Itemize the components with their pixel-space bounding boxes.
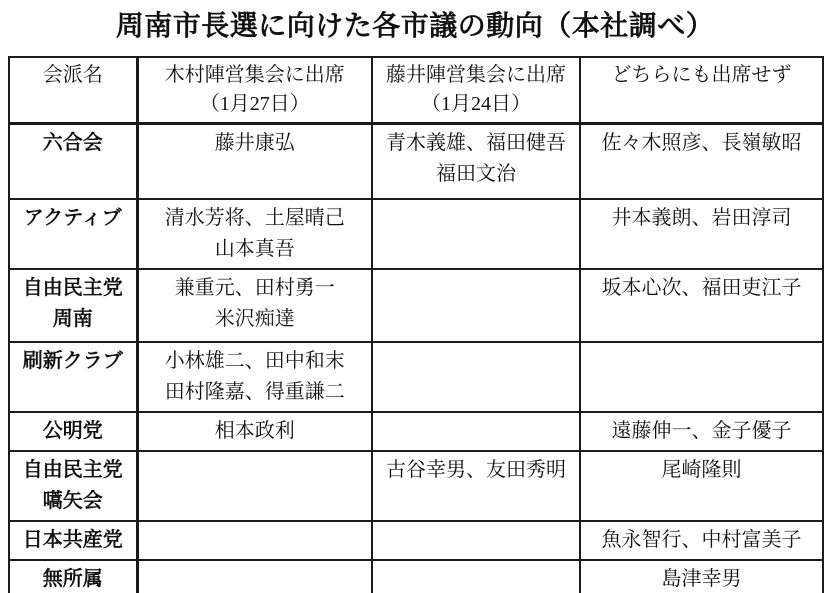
table-body: 六合会藤井康弘青木義雄、福田健吾福田文治佐々木照彦、長嶺敏昭アクティブ清水芳将、… — [9, 124, 823, 593]
page-title: 周南市長選に向けた各市議の動向（本社調べ） — [0, 4, 830, 44]
fujii-attend-cell — [372, 521, 580, 560]
council-survey-table: 会派名 木村陣営集会に出席 （1月27日） 藤井陣営集会に出席 （1月24日） … — [8, 56, 824, 593]
header-kimura-attend: 木村陣営集会に出席 （1月27日） — [137, 57, 372, 124]
header-line: 藤井陣営集会に出席 — [379, 61, 573, 90]
header-line: どちらにも出席せず — [587, 61, 816, 90]
cell-line: 自由民主党 — [16, 273, 130, 304]
table-row: 公明党相本政利遠藤伸一、金子優子 — [9, 412, 823, 451]
cell-line: 島津幸男 — [587, 564, 816, 593]
cell-line: 山本真吾 — [145, 234, 366, 265]
cell-line: 清水芳将、土屋晴己 — [145, 203, 366, 234]
neither-cell: 島津幸男 — [580, 560, 823, 593]
kimura-attend-cell — [137, 521, 372, 560]
kimura-attend-cell — [137, 560, 372, 593]
header-neither: どちらにも出席せず — [580, 57, 823, 124]
cell-line: 米沢痴達 — [145, 304, 366, 335]
header-fujii-attend: 藤井陣営集会に出席 （1月24日） — [372, 57, 580, 124]
faction-cell: 六合会 — [9, 124, 137, 199]
faction-cell: 刷新クラブ — [9, 342, 137, 412]
cell-line: 遠藤伸一、金子優子 — [587, 416, 816, 447]
header-row: 会派名 木村陣営集会に出席 （1月27日） 藤井陣営集会に出席 （1月24日） … — [9, 57, 823, 124]
kimura-attend-cell: 小林雄二、田中和末田村隆嘉、得重謙二 — [137, 342, 372, 412]
cell-line: 尾崎隆則 — [587, 455, 816, 486]
faction-cell: 自由民主党周南 — [9, 269, 137, 342]
neither-cell: 佐々木照彦、長嶺敏昭 — [580, 124, 823, 199]
fujii-attend-cell — [372, 412, 580, 451]
header-line: 木村陣営集会に出席 — [145, 61, 366, 90]
neither-cell — [580, 342, 823, 412]
page: 周南市長選に向けた各市議の動向（本社調べ） 会派名 木村陣営集会に出席 （1月2… — [0, 0, 830, 593]
cell-line: 周南 — [16, 304, 130, 335]
header-line: （1月27日） — [145, 90, 366, 119]
table-row: 日本共産党魚永智行、中村富美子 — [9, 521, 823, 560]
cell-line: 魚永智行、中村富美子 — [587, 525, 816, 556]
faction-cell: 公明党 — [9, 412, 137, 451]
neither-cell: 尾崎隆則 — [580, 451, 823, 521]
cell-line: 日本共産党 — [16, 525, 130, 556]
neither-cell: 坂本心次、福田吏江子 — [580, 269, 823, 342]
kimura-attend-cell: 藤井康弘 — [137, 124, 372, 199]
kimura-attend-cell: 清水芳将、土屋晴己山本真吾 — [137, 199, 372, 269]
cell-line: 福田文治 — [379, 159, 573, 190]
header-line: 会派名 — [16, 61, 130, 90]
header-faction: 会派名 — [9, 57, 137, 124]
cell-line: 佐々木照彦、長嶺敏昭 — [587, 128, 816, 159]
cell-line: 相本政利 — [145, 416, 366, 447]
neither-cell: 遠藤伸一、金子優子 — [580, 412, 823, 451]
cell-line: 藤井康弘 — [145, 128, 366, 159]
cell-line: 無所属 — [16, 564, 130, 593]
cell-line: 小林雄二、田中和末 — [145, 346, 366, 377]
fujii-attend-cell — [372, 269, 580, 342]
cell-line: 井本義朗、岩田淳司 — [587, 203, 816, 234]
table-row: 無所属島津幸男 — [9, 560, 823, 593]
faction-cell: 無所属 — [9, 560, 137, 593]
cell-line: 坂本心次、福田吏江子 — [587, 273, 816, 304]
kimura-attend-cell: 兼重元、田村勇一米沢痴達 — [137, 269, 372, 342]
table-row: 自由民主党周南兼重元、田村勇一米沢痴達坂本心次、福田吏江子 — [9, 269, 823, 342]
cell-line: 刷新クラブ — [16, 346, 130, 377]
cell-line: 兼重元、田村勇一 — [145, 273, 366, 304]
cell-line: 自由民主党 — [16, 455, 130, 486]
cell-line: 田村隆嘉、得重謙二 — [145, 377, 366, 408]
kimura-attend-cell: 相本政利 — [137, 412, 372, 451]
table-row: アクティブ清水芳将、土屋晴己山本真吾井本義朗、岩田淳司 — [9, 199, 823, 269]
kimura-attend-cell — [137, 451, 372, 521]
cell-line: 青木義雄、福田健吾 — [379, 128, 573, 159]
table-row: 自由民主党嚆矢会古谷幸男、友田秀明尾崎隆則 — [9, 451, 823, 521]
table-header: 会派名 木村陣営集会に出席 （1月27日） 藤井陣営集会に出席 （1月24日） … — [9, 57, 823, 124]
faction-cell: 自由民主党嚆矢会 — [9, 451, 137, 521]
neither-cell: 魚永智行、中村富美子 — [580, 521, 823, 560]
faction-cell: 日本共産党 — [9, 521, 137, 560]
cell-line: 古谷幸男、友田秀明 — [379, 455, 573, 486]
cell-line: 公明党 — [16, 416, 130, 447]
faction-cell: アクティブ — [9, 199, 137, 269]
header-line: （1月24日） — [379, 90, 573, 119]
table-row: 刷新クラブ小林雄二、田中和末田村隆嘉、得重謙二 — [9, 342, 823, 412]
cell-line: 六合会 — [16, 128, 130, 159]
neither-cell: 井本義朗、岩田淳司 — [580, 199, 823, 269]
fujii-attend-cell — [372, 199, 580, 269]
fujii-attend-cell — [372, 560, 580, 593]
fujii-attend-cell — [372, 342, 580, 412]
fujii-attend-cell: 青木義雄、福田健吾福田文治 — [372, 124, 580, 199]
cell-line: アクティブ — [16, 203, 130, 234]
fujii-attend-cell: 古谷幸男、友田秀明 — [372, 451, 580, 521]
table-row: 六合会藤井康弘青木義雄、福田健吾福田文治佐々木照彦、長嶺敏昭 — [9, 124, 823, 199]
cell-line: 嚆矢会 — [16, 486, 130, 517]
